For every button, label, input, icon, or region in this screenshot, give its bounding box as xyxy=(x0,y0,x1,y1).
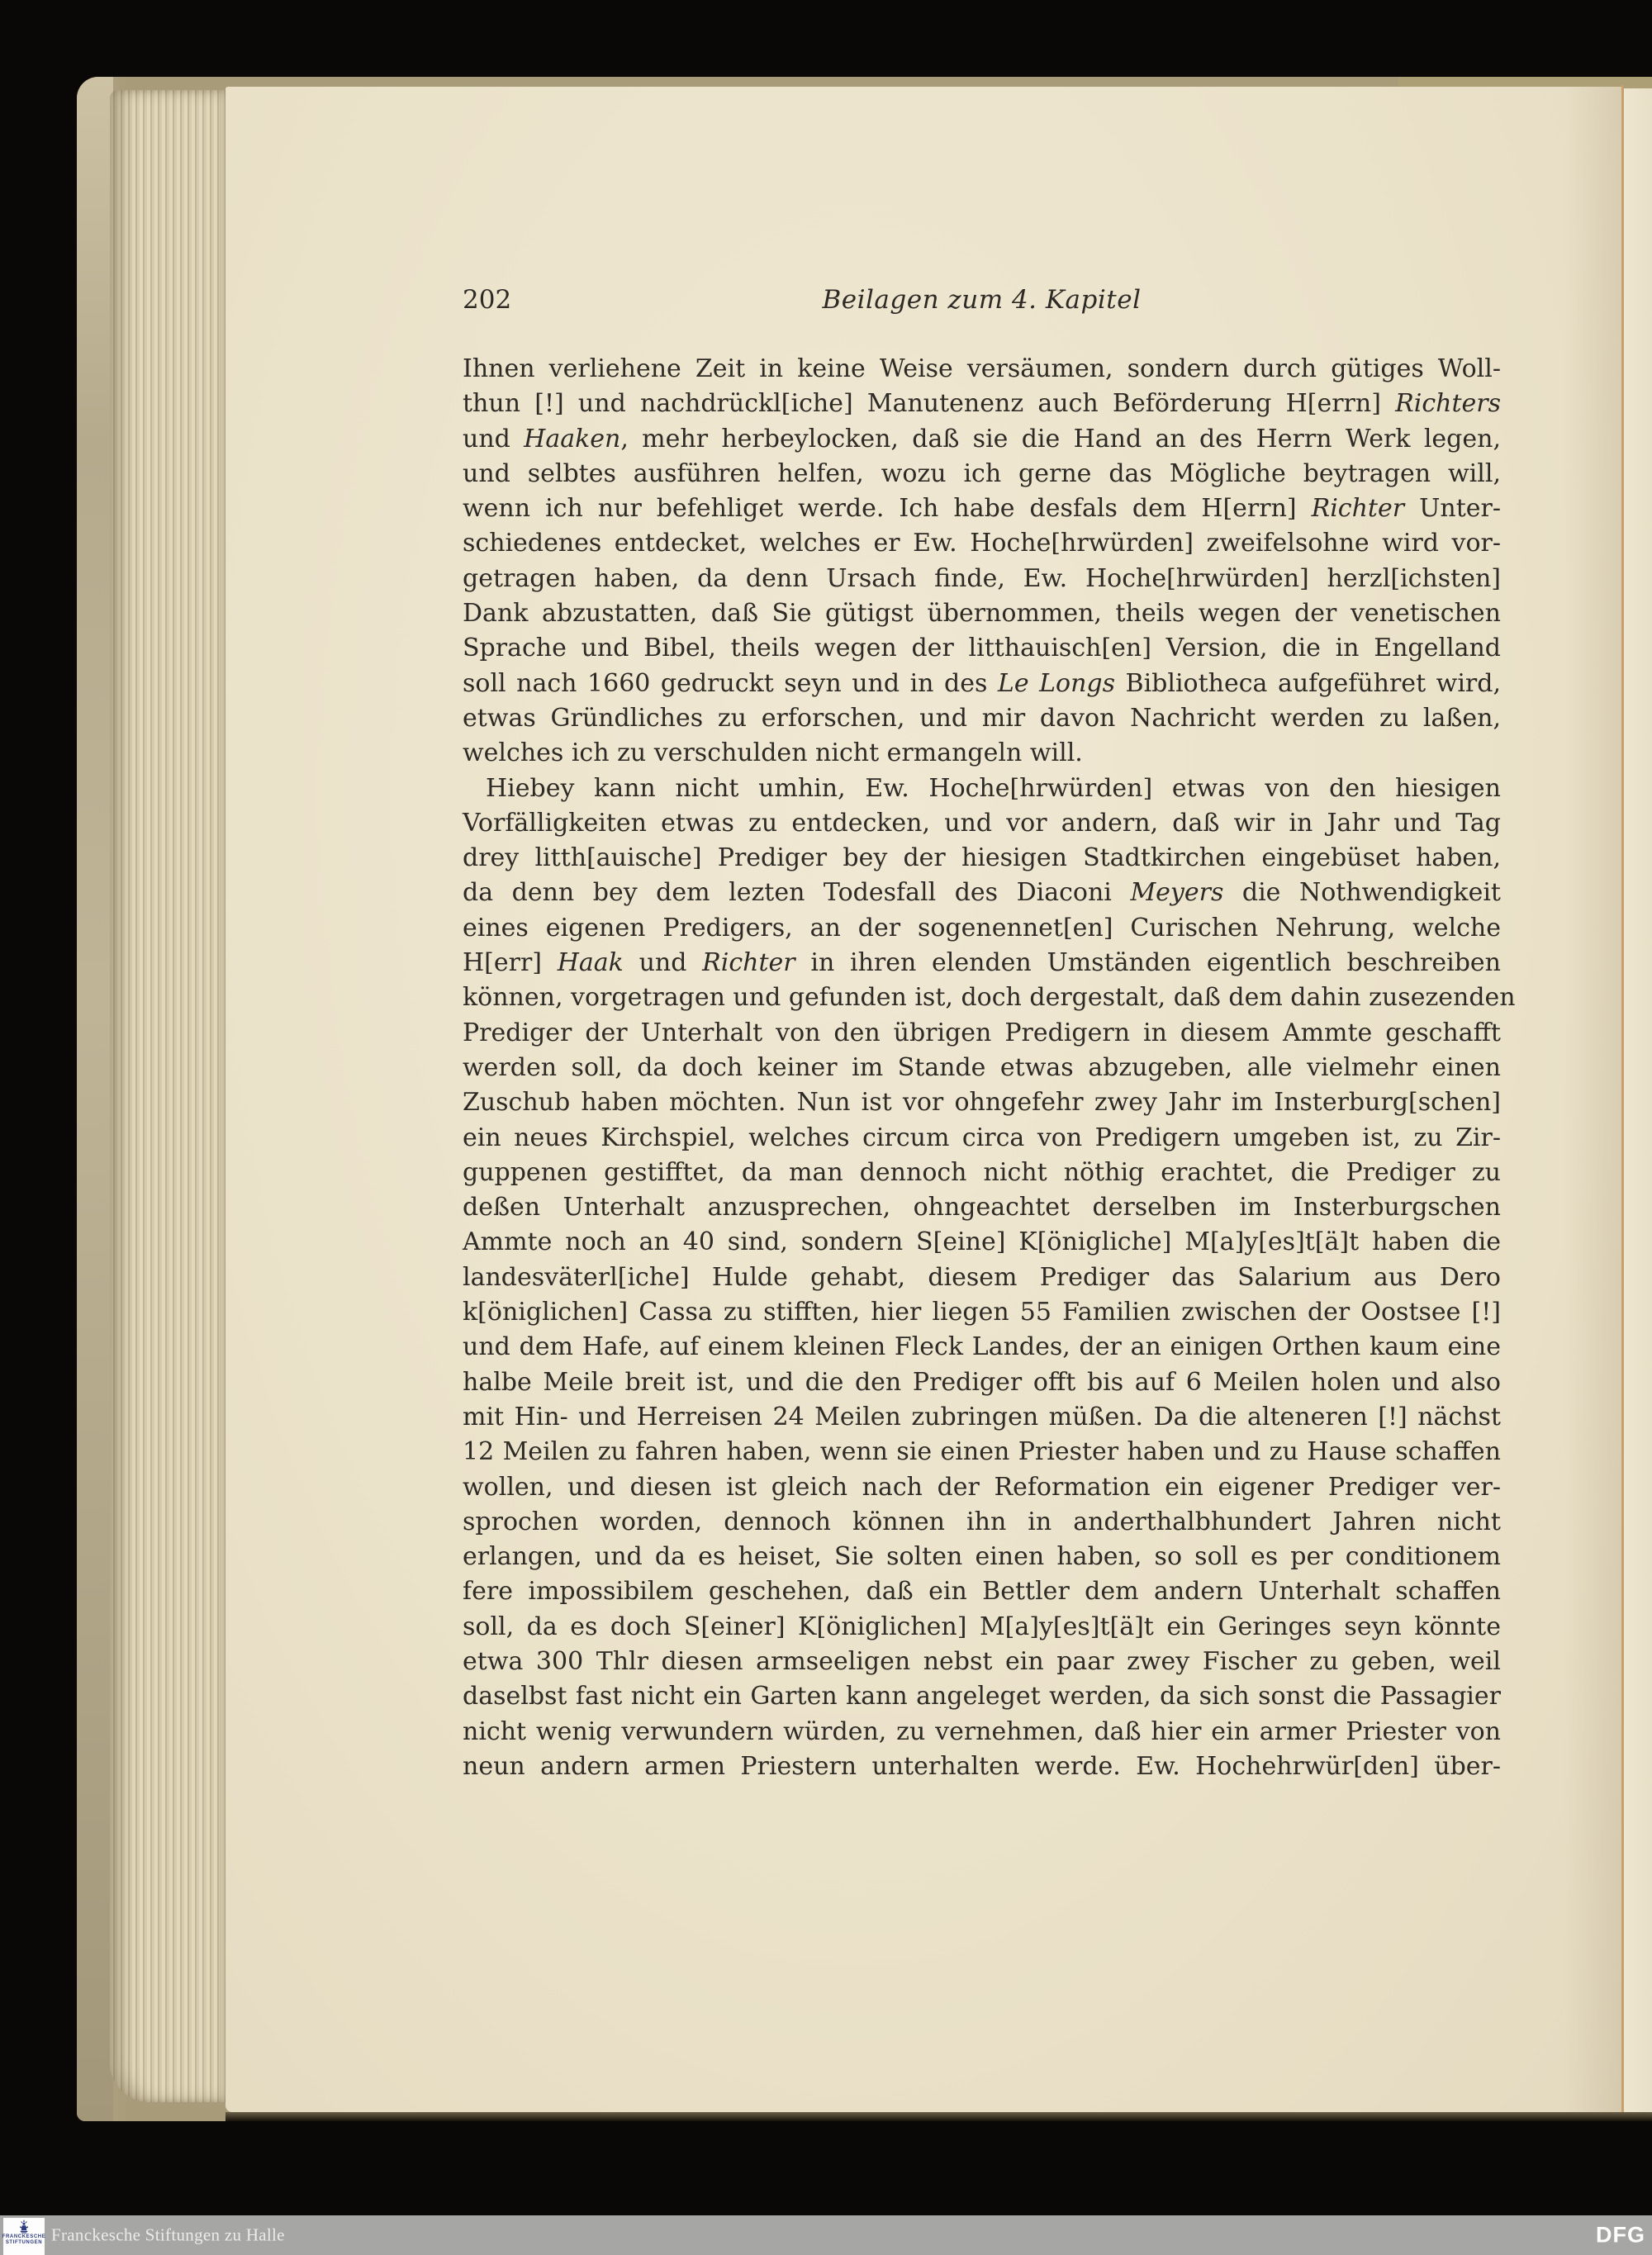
text-line: Zuschub haben möchten. Nun ist vor ohnge… xyxy=(463,1085,1501,1120)
text-line: H[err] Haak und Richter in ihren elenden… xyxy=(463,946,1501,980)
text-line: da denn bey dem lezten Todesfall des Dia… xyxy=(463,876,1501,910)
text-line: Vorfälligkeiten etwas zu entdecken, und … xyxy=(463,806,1501,841)
book-page: 202 Beilagen zum 4. Kapitel Ihnen verlie… xyxy=(225,87,1621,2112)
page-number: 202 xyxy=(463,285,511,315)
text-line: erlangen, und da es heiset, Sie solten e… xyxy=(463,1540,1501,1574)
text-line: k[öniglichen] Cassa zu stifften, hier li… xyxy=(463,1295,1501,1330)
text-line: neun andern armen Priestern unterhalten … xyxy=(463,1749,1501,1784)
text-line: nicht wenig verwundern würden, zu verneh… xyxy=(463,1715,1501,1749)
text-line: soll, da es doch S[einer] K[öniglichen] … xyxy=(463,1610,1501,1645)
text-line: fere impossibilem geschehen, daß ein Bet… xyxy=(463,1574,1501,1609)
text-line: werden soll, da doch keiner im Stande et… xyxy=(463,1051,1501,1085)
page-body: Ihnen verliehene Zeit in keine Weise ver… xyxy=(463,352,1501,1784)
scanned-book: 202 Beilagen zum 4. Kapitel Ihnen verlie… xyxy=(77,77,1652,2121)
text-line: Sprache und Bibel, theils wegen der litt… xyxy=(463,631,1501,666)
text-line: guppenen gestifftet, da man dennoch nich… xyxy=(463,1156,1501,1190)
adjacent-page-sliver xyxy=(1624,88,1652,2112)
franckesche-emblem-icon xyxy=(17,2219,31,2234)
text-line: daselbst fast nicht ein Garten kann ange… xyxy=(463,1679,1501,1714)
text-line: drey litth[auische] Prediger bey der hie… xyxy=(463,841,1501,876)
page-stack-fore-edge xyxy=(110,90,227,2102)
text-line: landesväterl[iche] Hulde gehabt, diesem … xyxy=(463,1260,1501,1295)
text-line: schiedenes entdecket, welches er Ew. Hoc… xyxy=(463,526,1501,561)
text-line: Prediger der Unterhalt von den übrigen P… xyxy=(463,1016,1501,1051)
text-line: etwas Gründliches zu erforschen, und mir… xyxy=(463,701,1501,736)
text-line: und dem Hafe, auf einem kleinen Fleck La… xyxy=(463,1330,1501,1365)
text-line: sprochen worden, dennoch können ihn in a… xyxy=(463,1505,1501,1540)
footer-bar: FRANCKESCHE STIFTUNGEN Franckesche Stift… xyxy=(0,2215,1652,2255)
running-title: Beilagen zum 4. Kapitel xyxy=(463,285,1501,315)
page-bottom-shadow xyxy=(225,2112,1652,2121)
dfg-logo: DFG xyxy=(1596,2223,1645,2248)
text-line: eines eigenen Predigers, an der sogenenn… xyxy=(463,911,1501,946)
text-line: wenn ich nur befehliget werde. Ich habe … xyxy=(463,491,1501,526)
book-cover-edge xyxy=(77,77,113,2121)
text-line: Hiebey kann nicht umhin, Ew. Hoche[hrwür… xyxy=(463,771,1501,806)
text-line: Dank abzustatten, daß Sie gütigst überno… xyxy=(463,596,1501,631)
footer-institution-label: Franckesche Stiftungen zu Halle xyxy=(51,2225,285,2246)
franckesche-logo-caption: FRANCKESCHE STIFTUNGEN xyxy=(2,2234,46,2246)
text-line: soll nach 1660 gedruckt seyn und in des … xyxy=(463,667,1501,701)
text-line: deßen Unterhalt anzusprechen, ohngeachte… xyxy=(463,1190,1501,1225)
text-line: ein neues Kirchspiel, welches circum cir… xyxy=(463,1121,1501,1156)
text-line: 12 Meilen zu fahren haben, wenn sie eine… xyxy=(463,1435,1501,1469)
text-line: halbe Meile breit ist, und die den Predi… xyxy=(463,1365,1501,1400)
text-line: Ammte noch an 40 sind, sondern S[eine] K… xyxy=(463,1225,1501,1260)
page-header: 202 Beilagen zum 4. Kapitel xyxy=(463,285,1501,321)
text-line: mit Hin- und Herreisen 24 Meilen zubring… xyxy=(463,1400,1501,1435)
text-line: etwa 300 Thlr diesen armseeligen nebst e… xyxy=(463,1645,1501,1679)
franckesche-logo: FRANCKESCHE STIFTUNGEN xyxy=(3,2218,45,2255)
text-line: und Haaken, mehr herbeylocken, daß sie d… xyxy=(463,422,1501,457)
text-line: getragen haben, da denn Ursach finde, Ew… xyxy=(463,562,1501,596)
text-line: Ihnen verliehene Zeit in keine Weise ver… xyxy=(463,352,1501,387)
text-line: welches ich zu verschulden nicht ermange… xyxy=(463,736,1501,771)
text-line: können, vorgetragen und gefunden ist, do… xyxy=(463,980,1501,1015)
text-line: und selbtes ausführen helfen, wozu ich g… xyxy=(463,457,1501,491)
text-line: thun [!] und nachdrückl[iche] Manutenenz… xyxy=(463,387,1501,421)
text-line: wollen, und diesen ist gleich nach der R… xyxy=(463,1470,1501,1505)
